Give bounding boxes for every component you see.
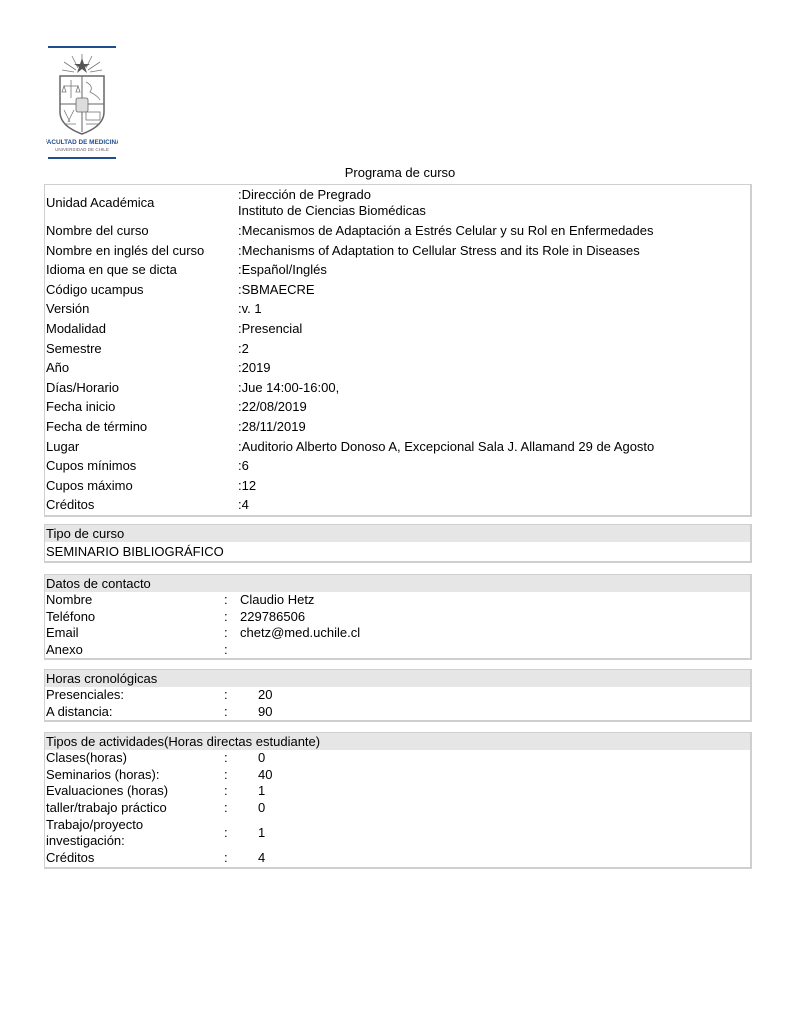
section-header: Tipo de curso <box>45 525 750 542</box>
value: :Presencial <box>238 319 750 339</box>
value: 1 <box>258 783 750 800</box>
row-version: Versión:v. 1 <box>45 299 750 319</box>
separator: : <box>224 592 240 609</box>
value: :Auditorio Alberto Donoso A, Excepcional… <box>238 437 750 457</box>
value: :Jue 14:00-16:00, <box>238 378 750 398</box>
svg-text:FACULTAD DE MEDICINA: FACULTAD DE MEDICINA <box>46 139 118 146</box>
row-fecha-termino: Fecha de término:28/11/2019 <box>45 417 750 437</box>
row-fecha-inicio: Fecha inicio:22/08/2019 <box>45 397 750 417</box>
separator: : <box>224 800 258 817</box>
label: Seminarios (horas): <box>46 767 224 784</box>
separator: : <box>224 642 240 659</box>
separator: : <box>224 687 258 704</box>
value: 229786506 <box>240 609 750 626</box>
label: Trabajo/proyecto investigación: <box>46 816 196 850</box>
value: :SBMAECRE <box>238 280 750 300</box>
label: Días/Horario <box>46 378 238 398</box>
row-nombre-curso: Nombre del curso:Mecanismos de Adaptació… <box>45 221 750 241</box>
contact-row-email: Email:chetz@med.uchile.cl <box>45 625 750 642</box>
faculty-logo: FACULTAD DE MEDICINA UNIVERSIDAD DE CHIL… <box>46 46 118 160</box>
general-info-box: Unidad Académica :Dirección de Pregrado … <box>44 184 752 517</box>
value: :28/11/2019 <box>238 417 750 437</box>
value: :4 <box>238 495 750 515</box>
label: Nombre del curso <box>46 221 238 241</box>
label: Créditos <box>46 850 224 867</box>
row-anio: Año:2019 <box>45 358 750 378</box>
activities-box: Tipos de actividades(Horas directas estu… <box>44 732 752 869</box>
value: :2019 <box>238 358 750 378</box>
value: 4 <box>258 850 750 867</box>
row-codigo: Código ucampus:SBMAECRE <box>45 280 750 300</box>
row-creditos: Créditos:4 <box>45 495 750 515</box>
separator: : <box>224 767 258 784</box>
label: Nombre en inglés del curso <box>46 241 238 261</box>
row-nombre-ingles: Nombre en inglés del curso:Mechanisms of… <box>45 241 750 261</box>
section-header: Horas cronológicas <box>45 670 750 687</box>
label: Créditos <box>46 495 238 515</box>
activity-row-proyecto: Trabajo/proyecto investigación::1 <box>45 816 750 850</box>
value: 20 <box>258 687 750 704</box>
university-crest-icon: FACULTAD DE MEDICINA UNIVERSIDAD DE CHIL… <box>46 46 118 160</box>
contact-row-anexo: Anexo: <box>45 642 750 659</box>
row-modalidad: Modalidad:Presencial <box>45 319 750 339</box>
separator: : <box>224 609 240 626</box>
label: Clases(horas) <box>46 750 224 767</box>
separator: : <box>224 704 258 721</box>
activity-row-evaluaciones: Evaluaciones (horas):1 <box>45 783 750 800</box>
value: :6 <box>238 456 750 476</box>
row-lugar: Lugar:Auditorio Alberto Donoso A, Excepc… <box>45 437 750 457</box>
label: Fecha inicio <box>46 397 238 417</box>
value: :12 <box>238 476 750 496</box>
course-type-value: SEMINARIO BIBLIOGRÁFICO <box>45 542 750 561</box>
hours-row-presenciales: Presenciales::20 <box>45 687 750 704</box>
value: :Mecanismos de Adaptación a Estrés Celul… <box>238 221 750 241</box>
section-header: Datos de contacto <box>45 575 750 592</box>
label: Año <box>46 358 238 378</box>
value: 0 <box>258 800 750 817</box>
activity-row-creditos: Créditos:4 <box>45 850 750 867</box>
hours-row-distancia: A distancia::90 <box>45 704 750 721</box>
row-semestre: Semestre:2 <box>45 339 750 359</box>
label: Semestre <box>46 339 238 359</box>
contact-row-telefono: Teléfono:229786506 <box>45 609 750 626</box>
row-unidad-academica: Unidad Académica :Dirección de Pregrado … <box>45 185 750 221</box>
label: A distancia: <box>46 704 224 721</box>
activity-row-seminarios: Seminarios (horas)::40 <box>45 767 750 784</box>
svg-text:UNIVERSIDAD DE CHILE: UNIVERSIDAD DE CHILE <box>55 147 109 152</box>
value: Claudio Hetz <box>240 592 750 609</box>
value: 1 <box>258 816 750 850</box>
value: :2 <box>238 339 750 359</box>
label: Idioma en que se dicta <box>46 260 238 280</box>
separator: : <box>224 783 258 800</box>
separator: : <box>224 750 258 767</box>
email-link[interactable]: chetz@med.uchile.cl <box>240 625 750 642</box>
label: Nombre <box>46 592 224 609</box>
activity-row-clases: Clases(horas):0 <box>45 750 750 767</box>
row-dias-horario: Días/Horario:Jue 14:00-16:00, <box>45 378 750 398</box>
value-line-2: Instituto de Ciencias Biomédicas <box>238 203 750 219</box>
label: Presenciales: <box>46 687 224 704</box>
section-header: Tipos de actividades(Horas directas estu… <box>45 733 750 750</box>
label: Evaluaciones (horas) <box>46 783 224 800</box>
document-title: Programa de curso <box>0 165 800 180</box>
label: Código ucampus <box>46 280 238 300</box>
label: Versión <box>46 299 238 319</box>
label: Teléfono <box>46 609 224 626</box>
value: :Mechanisms of Adaptation to Cellular St… <box>238 241 750 261</box>
value-line-1: :Dirección de Pregrado <box>238 187 750 203</box>
value: 90 <box>258 704 750 721</box>
label: Lugar <box>46 437 238 457</box>
hours-box: Horas cronológicas Presenciales::20 A di… <box>44 669 752 722</box>
row-cupos-maximo: Cupos máximo:12 <box>45 476 750 496</box>
label: Cupos máximo <box>46 476 238 496</box>
label: Email <box>46 625 224 642</box>
course-type-box: Tipo de curso SEMINARIO BIBLIOGRÁFICO <box>44 524 752 563</box>
label: Cupos mínimos <box>46 456 238 476</box>
value: :v. 1 <box>238 299 750 319</box>
separator: : <box>224 850 258 867</box>
label: Modalidad <box>46 319 238 339</box>
label: taller/trabajo práctico <box>46 800 224 817</box>
separator: : <box>224 625 240 642</box>
value: :22/08/2019 <box>238 397 750 417</box>
label: Unidad Académica <box>46 185 238 221</box>
separator: : <box>224 816 258 850</box>
activity-row-taller: taller/trabajo práctico:0 <box>45 800 750 817</box>
contact-row-nombre: Nombre:Claudio Hetz <box>45 592 750 609</box>
row-cupos-minimos: Cupos mínimos:6 <box>45 456 750 476</box>
label: Fecha de término <box>46 417 238 437</box>
value: 0 <box>258 750 750 767</box>
label: Anexo <box>46 642 224 659</box>
value: 40 <box>258 767 750 784</box>
row-idioma: Idioma en que se dicta:Español/Inglés <box>45 260 750 280</box>
contact-box: Datos de contacto Nombre:Claudio Hetz Te… <box>44 574 752 660</box>
value: :Español/Inglés <box>238 260 750 280</box>
value <box>240 642 750 659</box>
value: :Dirección de Pregrado Instituto de Cien… <box>238 185 750 221</box>
